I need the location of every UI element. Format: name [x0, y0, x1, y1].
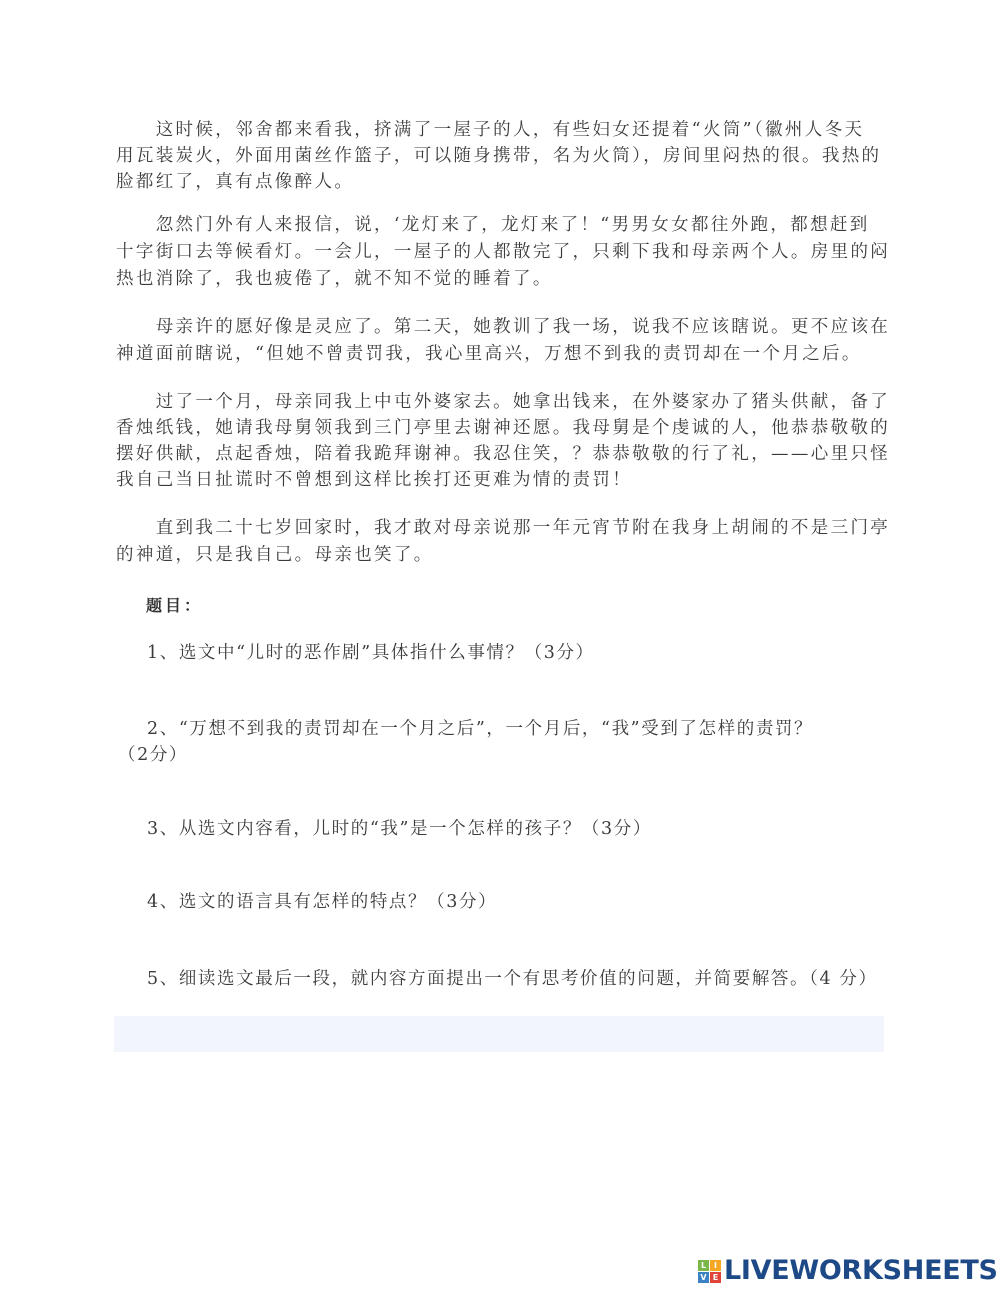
paragraph-2-line-3: 热也消除了，我也疲倦了，就不知不觉的睡着了。 [116, 266, 553, 292]
logo-wordmark: LIVEWORKSHEETS [724, 1255, 998, 1287]
cube-letter-v: V [698, 1272, 709, 1283]
question-1: 1、选文中“儿时的恶作剧”具体指什么事情？（3分） [147, 640, 595, 666]
answer-input[interactable] [114, 1016, 884, 1052]
paragraph-5-line-2: 的神道，只是我自己。母亲也笑了。 [116, 542, 434, 568]
question-2-line-2: （2分） [118, 742, 188, 768]
cube-letter-e: E [710, 1272, 721, 1283]
paragraph-4-line-1: 过了一个月，母亲同我上中屯外婆家去。她拿出钱来，在外婆家办了猪头供献，备了 [116, 389, 890, 415]
paragraph-3-line-1: 母亲许的愿好像是灵应了。第二天，她教训了我一场，说我不应该瞎说。更不应该在 [116, 314, 890, 340]
questions-heading: 题目： [146, 594, 203, 618]
paragraph-2-line-1: 忽然门外有人来报信，说，‘龙灯来了，龙灯来了！“男男女女都往外跑，都想赶到 [116, 212, 870, 238]
live-cube-icon: L I V E [698, 1260, 721, 1283]
question-2-line-1: 2、“万想不到我的责罚却在一个月之后”，一个月后，“我”受到了怎样的责罚？ [147, 716, 813, 742]
question-4: 4、选文的语言具有怎样的特点？（3分） [147, 889, 497, 915]
paragraph-2-line-2: 十字街口去等候看灯。一会儿，一屋子的人都散完了，只剩下我和母亲两个人。房里的闷 [116, 239, 890, 265]
question-5: 5、细读选文最后一段，就内容方面提出一个有思考价值的问题，并简要解答。（4 分） [147, 966, 878, 992]
paragraph-3-line-2: 神道面前瞎说，“但她不曾责罚我，我心里高兴，万想不到我的责罚却在一个月之后。 [116, 341, 862, 367]
worksheet-page: 这时候，邻舍都来看我，挤满了一屋子的人，有些妇女还提着“火筒”（徽州人冬天 用瓦… [0, 0, 1000, 1291]
liveworksheets-logo: L I V E LIVEWORKSHEETS [698, 1255, 998, 1287]
cube-letter-i: I [710, 1260, 721, 1271]
paragraph-1-line-2: 用瓦装炭火，外面用菌丝作篮子，可以随身携带，名为火筒），房间里闷热的很。我热的 [116, 143, 881, 169]
cube-letter-l: L [698, 1260, 709, 1271]
question-3: 3、从选文内容看，儿时的“我”是一个怎样的孩子？（3分） [147, 816, 652, 842]
paragraph-1-line-3: 脸都红了，真有点像醉人。 [116, 169, 354, 195]
paragraph-4-line-2: 香烛纸钱，她请我母舅领我到三门亭里去谢神还愿。我母舅是个虔诚的人，他恭恭敬敬的 [116, 415, 890, 441]
paragraph-4-line-3: 摆好供献，点起香烛，陪着我跪拜谢神。我忍住笑，？恭恭敬敬的行了礼，——心里只怪 [116, 441, 890, 467]
paragraph-1-line-1: 这时候，邻舍都来看我，挤满了一屋子的人，有些妇女还提着“火筒”（徽州人冬天 [116, 117, 864, 143]
paragraph-5-line-1: 直到我二十七岁回家时，我才敢对母亲说那一年元宵节附在我身上胡闹的不是三门亭 [116, 515, 890, 541]
paragraph-4-line-4: 我自己当日扯谎时不曾想到这样比挨打还更难为情的责罚！ [116, 467, 632, 493]
